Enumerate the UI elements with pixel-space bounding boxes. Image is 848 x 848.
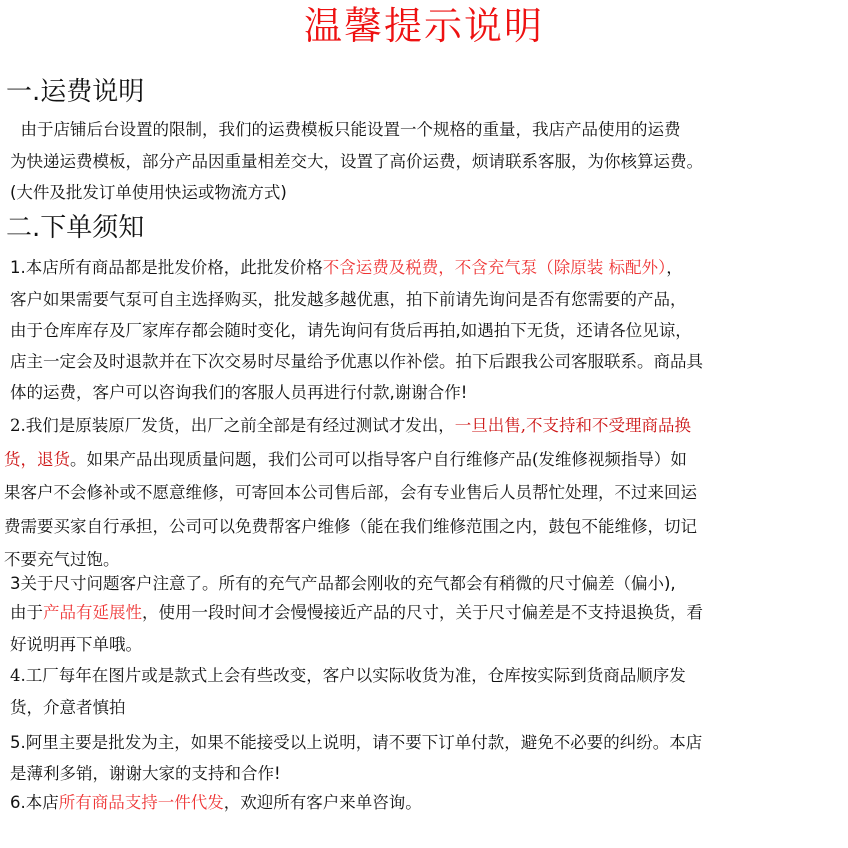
shipping-text-line: 由于店铺后台设置的限制，我们的运费模板只能设置一个规格的重量，我店产品使用的运费	[10, 119, 681, 141]
highlight-text: 一旦出售,不支持和不受理商品换	[455, 416, 691, 435]
shipping-text-line: 为快递运费模板，部分产品因重量相差交大，设置了高价运费，烦请联系客服，为你核算运…	[10, 151, 703, 173]
highlight-text: 所有商品支持一件代发	[59, 793, 224, 812]
notice-line: 4.工厂每年在图片或是款式上会有些改变，客户以实际收货为准，仓库按实际到货商品顺…	[10, 665, 686, 687]
highlight-text: 不含运费及税费，不含充气泵（除原装 标配外）	[323, 258, 667, 277]
notice-line: 货，介意者慎拍	[10, 697, 126, 719]
text: 由于	[10, 603, 43, 622]
notice-line: 好说明再下单哦。	[10, 634, 142, 656]
highlight-text: 货，退货	[4, 450, 70, 469]
notice-line: 是薄利多销，谢谢大家的支持和合作!	[10, 763, 281, 785]
text: 。如果产品出现质量问题，我们公司可以指导客户自行维修产品(发维修视频指导）如	[70, 450, 687, 469]
text: 6.本店	[10, 793, 59, 812]
notice-line: 不要充气过饱。	[4, 549, 120, 571]
notice-line: 3关于尺寸问题客户注意了。所有的充气产品都会刚收的充气都会有稍微的尺寸偏差（偏小…	[10, 573, 676, 595]
notice-line: 客户如果需要气泵可自主选择购买，批发越多越优惠，拍下前请先询问是否有您需要的产品…	[10, 289, 687, 311]
notice-line: 费需要买家自行承担，公司可以免费帮客户维修（能在我们维修范围之内，鼓包不能维修，…	[4, 516, 697, 538]
text: 1.本店所有商品都是批发价格，此批发价格	[10, 258, 323, 277]
highlight-text: 产品有延展性	[43, 603, 142, 622]
notice-line: 由于仓库库存及厂家库存都会随时变化，请先询问有货后再拍,如遇拍下无货，还请各位见…	[10, 320, 692, 342]
text: ，欢迎所有客户来单咨询。	[224, 793, 422, 812]
notice-line: 1.本店所有商品都是批发价格，此批发价格不含运费及税费，不含充气泵（除原装 标配…	[10, 257, 683, 279]
text: ，	[666, 258, 683, 277]
notice-line: 6.本店所有商品支持一件代发，欢迎所有客户来单咨询。	[10, 792, 422, 814]
notice-line: 店主一定会及时退款并在下次交易时尽量给予优惠以作补偿。拍下后跟我公司客服联系。商…	[10, 351, 703, 373]
notice-line: 5.阿里主要是批发为主，如果不能接受以上说明，请不要下订单付款，避免不必要的纠纷…	[10, 732, 702, 754]
section-heading-shipping: 一.运费说明	[6, 76, 144, 108]
notice-line: 货，退货。如果产品出现质量问题，我们公司可以指导客户自行维修产品(发维修视频指导…	[4, 449, 687, 471]
text: ，使用一段时间才会慢慢接近产品的尺寸，关于尺寸偏差是不支持退换货，看	[142, 603, 703, 622]
section-heading-order-notice: 二.下单须知	[6, 212, 144, 244]
shipping-text-line: (大件及批发订单使用快运或物流方式)	[10, 182, 287, 204]
notice-line: 果客户不会修补或不愿意维修，可寄回本公司售后部，会有专业售后人员帮忙处理，不过来…	[4, 482, 697, 504]
page-title: 温馨提示说明	[0, 4, 848, 48]
notice-line: 体的运费，客户可以咨询我们的客服人员再进行付款,谢谢合作!	[10, 382, 467, 404]
notice-line: 由于产品有延展性，使用一段时间才会慢慢接近产品的尺寸，关于尺寸偏差是不支持退换货…	[10, 602, 703, 624]
notice-line: 2.我们是原装原厂发货，出厂之前全部是有经过测试才发出，一旦出售,不支持和不受理…	[10, 415, 691, 437]
text: 2.我们是原装原厂发货，出厂之前全部是有经过测试才发出，	[10, 416, 455, 435]
